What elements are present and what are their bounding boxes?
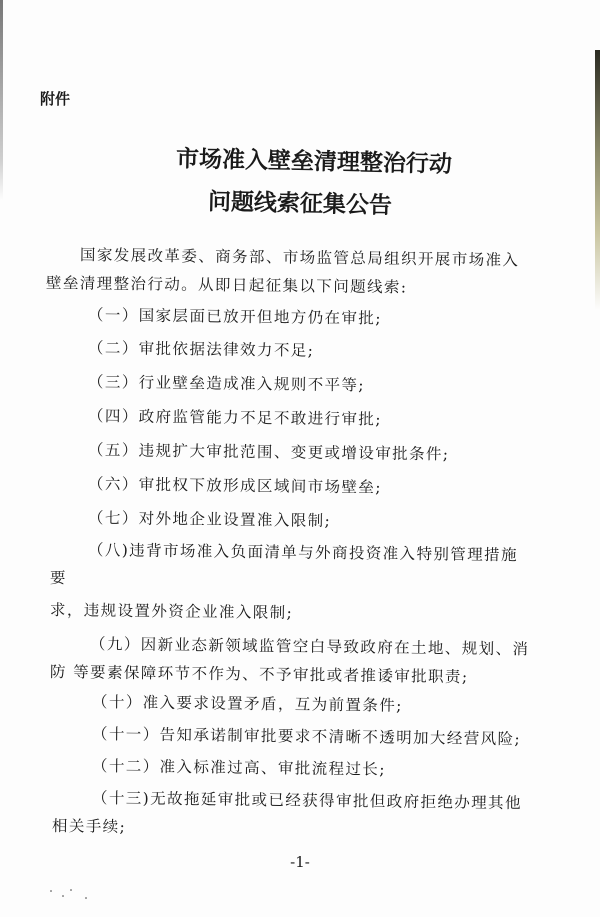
scan-noise-specks bbox=[40, 885, 120, 905]
page-number: -1- bbox=[0, 853, 600, 871]
intro-paragraph-line-1: 国家发展改革委、商务部、市场监管总局组织开展市场准入 bbox=[80, 243, 520, 270]
list-item: （五）违规扩大审批范围、变更或增设审批条件; bbox=[88, 438, 450, 464]
document-title-line-2: 问题线索征集公告 bbox=[0, 179, 600, 225]
list-item: （七）对外地企业设置准入限制; bbox=[88, 506, 331, 531]
scanned-document-page: 附件 市场准入壁垒清理整治行动 问题线索征集公告 国家发展改革委、商务部、市场监… bbox=[0, 0, 600, 917]
list-item-continuation: 相关手续; bbox=[52, 814, 126, 837]
list-item: （九）因新业态新领域监管空白导致政府在土地、规划、消 bbox=[90, 632, 530, 659]
document-title-line-1: 市场准入壁垒清理整治行动 bbox=[14, 137, 600, 183]
list-item: （十）准入要求设置矛盾，互为前置条件; bbox=[92, 690, 403, 716]
list-item-continuation: 防 等要素保障环节不作为、不予审批或者推诿审批职责; bbox=[50, 660, 469, 687]
list-item: （八)违背市场准入负面清单与外商投资准入特别管理措施 bbox=[88, 538, 518, 565]
scan-edge-shadow-left bbox=[0, 0, 3, 200]
list-item-continuation: 要 bbox=[50, 566, 67, 588]
list-item: （六）审批权下放形成区域间市场壁垒; bbox=[88, 472, 382, 498]
list-item: （一）国家层面已放开但地方仍在审批; bbox=[88, 303, 382, 329]
list-item: （四）政府监管能力不足不敢进行审批; bbox=[88, 404, 382, 430]
intro-paragraph-line-2: 壁垒清理整治行动。从即日起征集以下问题线索: bbox=[46, 271, 408, 297]
list-item-continuation: 求，违规设置外资企业准入限制; bbox=[50, 598, 293, 623]
list-item: （十二）准入标准过高、审批流程过长; bbox=[92, 754, 386, 780]
list-item: （十三)无故拖延审批或已经获得审批但政府拒绝办理其他 bbox=[92, 786, 522, 813]
list-item: （十一）告知承诺制审批要求不清晰不透明加大经营风险; bbox=[92, 722, 521, 749]
list-item: （三）行业壁垒造成准入规则不平等; bbox=[88, 370, 365, 395]
list-item: （二）审批依据法律效力不足; bbox=[88, 336, 315, 361]
attachment-label: 附件 bbox=[40, 88, 70, 109]
